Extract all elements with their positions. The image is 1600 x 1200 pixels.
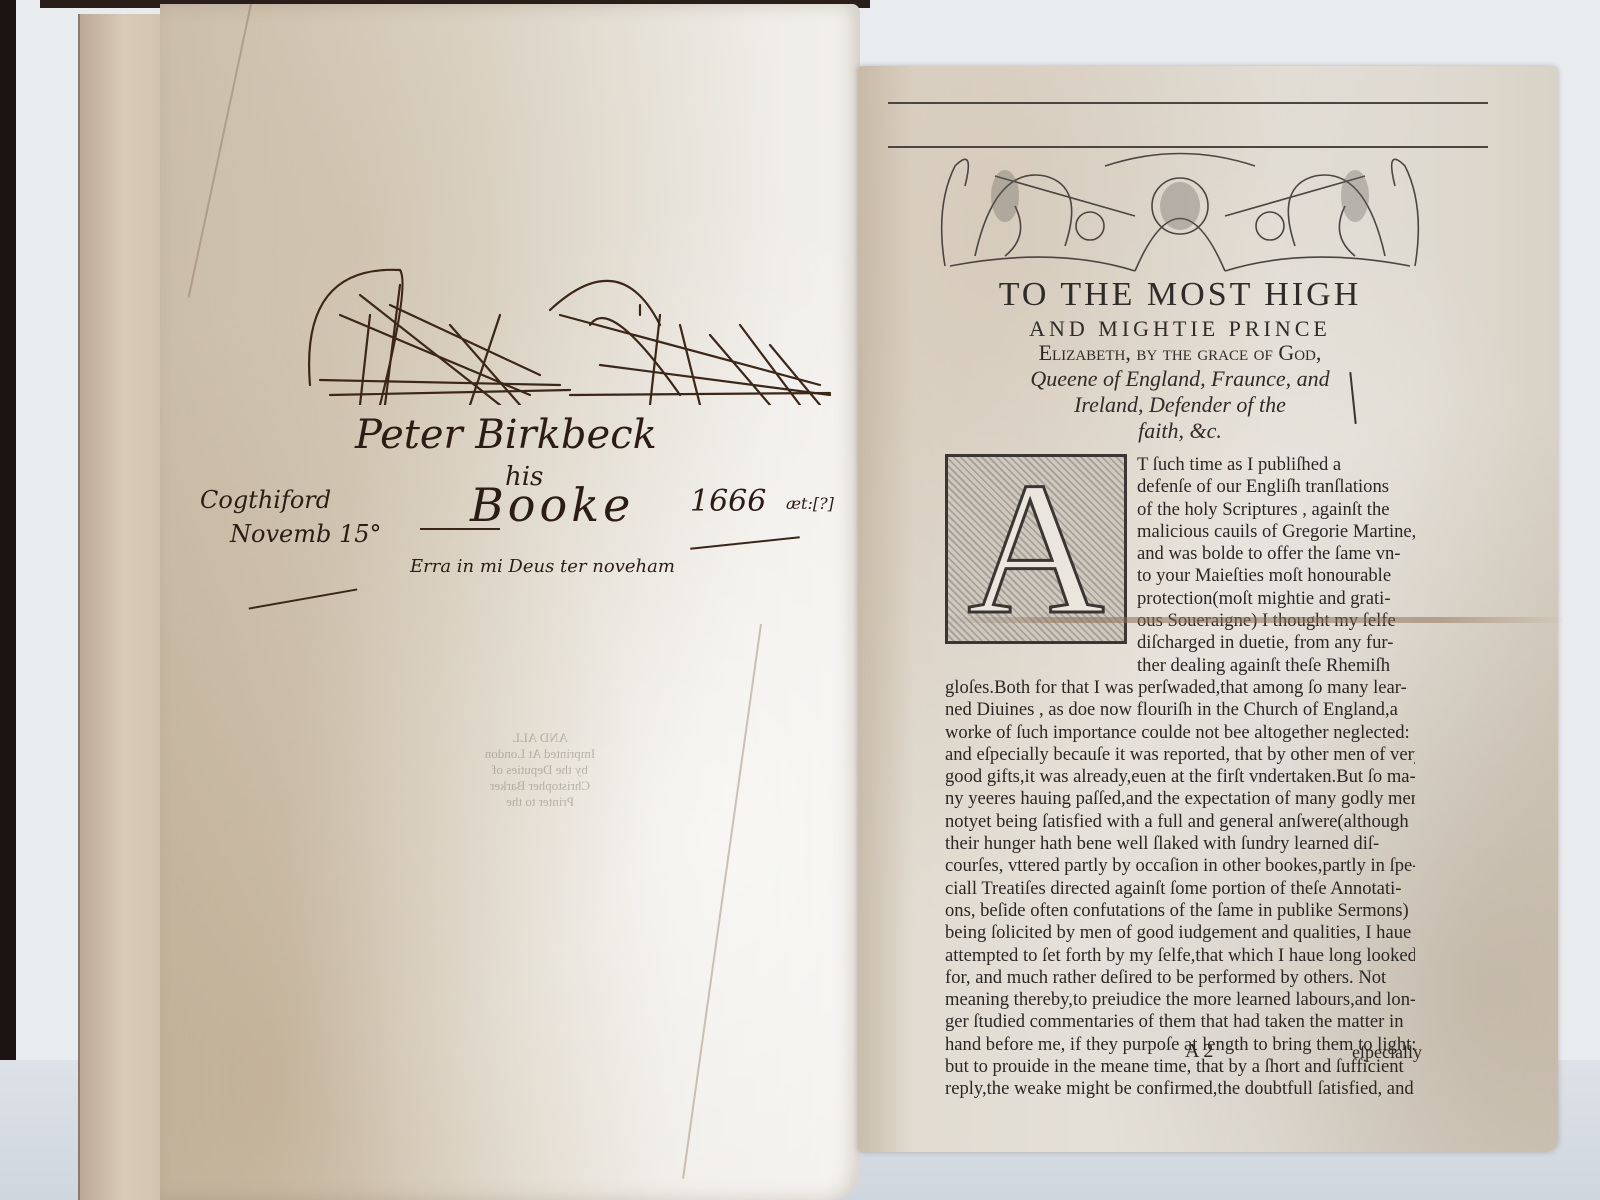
dedication-title-line-1: TO THE MOST HIGH — [930, 276, 1430, 314]
body-line: and was bolde to offer the ſame vn- — [945, 543, 1415, 565]
paper-crease — [188, 4, 252, 298]
body-line: T ſuch time as I publiſhed a — [945, 454, 1415, 476]
body-line: attempted to ſet forth by my ſelfe,that … — [945, 945, 1415, 967]
inscription-year: 1666 — [690, 484, 766, 519]
body-line: ons, beſide often confutations of the ſa… — [945, 900, 1415, 922]
catchword: eſpecially — [1352, 1042, 1422, 1063]
dedication-body: T ſuch time as I publiſhed a defenſe of … — [945, 454, 1415, 1101]
margin-place: Cogthiford — [200, 486, 331, 514]
body-line: to your Maieſties moſt honourable — [945, 565, 1415, 587]
body-line: notyet being ſatisfied with a full and g… — [945, 811, 1415, 833]
body-line: malicious cauils of Gregorie Martine, — [945, 521, 1415, 543]
dedication-title-line-4: Queene of England, Fraunce, and — [930, 366, 1430, 392]
show-through-imprint: AND ALL Imprinted At London by the Deput… — [440, 730, 640, 810]
woodcut-ornament-headpiece — [935, 146, 1425, 274]
body-line: worke of ſuch importance coulde not bee … — [945, 722, 1415, 744]
header-rule — [888, 102, 1488, 104]
body-line: meaning thereby,to preiudice the more le… — [945, 989, 1415, 1011]
body-line: good gifts,it was already,euen at the fi… — [945, 766, 1415, 788]
signature-mark: A 2 — [1185, 1040, 1213, 1063]
inscription-year-suffix: æt:[?] — [786, 494, 834, 513]
body-line: and eſpecially becauſe it was reported, … — [945, 744, 1415, 766]
damp-stain — [945, 617, 1565, 623]
crossed-out-signature — [300, 255, 840, 405]
body-line: ciall Treatiſes directed againſt ſome po… — [945, 878, 1415, 900]
body-line: gloſes.Both for that I was perſwaded,tha… — [945, 677, 1415, 699]
body-line: their hunger hath bene well ſlaked with … — [945, 833, 1415, 855]
body-line: ger ſtudied commentaries of them that ha… — [945, 1011, 1415, 1033]
body-line: diſcharged in duetie, from any fur- — [945, 632, 1415, 654]
body-line: hand before me, if they purpoſe at lengt… — [945, 1034, 1415, 1056]
body-line: but to prouide in the meane time, that b… — [945, 1056, 1415, 1078]
body-line: ny yeeres hauing paſſed,and the expectat… — [945, 788, 1415, 810]
body-line: protection(moſt mightie and grati- — [945, 588, 1415, 610]
body-line: for, and much rather deſired to be perfo… — [945, 967, 1415, 989]
body-line: ther dealing againſt theſe Rhemiſh — [945, 655, 1415, 677]
owner-book: Booke — [470, 478, 634, 532]
body-line: courſes, vttered partly by occaſion in o… — [945, 855, 1415, 877]
margin-date: Novemb 15° — [230, 520, 382, 548]
body-line: being ſolicited by men of good iudgement… — [945, 922, 1415, 944]
dark-table-edge — [0, 0, 16, 1200]
owner-name: Peter Birkbeck — [355, 412, 657, 458]
body-line: of the holy Scriptures , againſt the — [945, 499, 1415, 521]
body-line: defenſe of our Engliſh tranſlations — [945, 476, 1415, 498]
dedication-title-line-2: AND MIGHTIE PRINCE — [930, 316, 1430, 342]
paper-crease — [682, 624, 762, 1179]
flyleaf-page — [160, 4, 860, 1200]
manuscript-motto: Erra in mi Deus ter noveham — [410, 556, 675, 577]
body-line: ned Diuines , as doe now flouriſh in the… — [945, 699, 1415, 721]
ink-underline — [420, 528, 500, 530]
body-line: reply,the weake might be confirmed,the d… — [945, 1078, 1415, 1100]
dedication-title-line-3: Elizabeth, by the grace of God, — [930, 340, 1430, 366]
